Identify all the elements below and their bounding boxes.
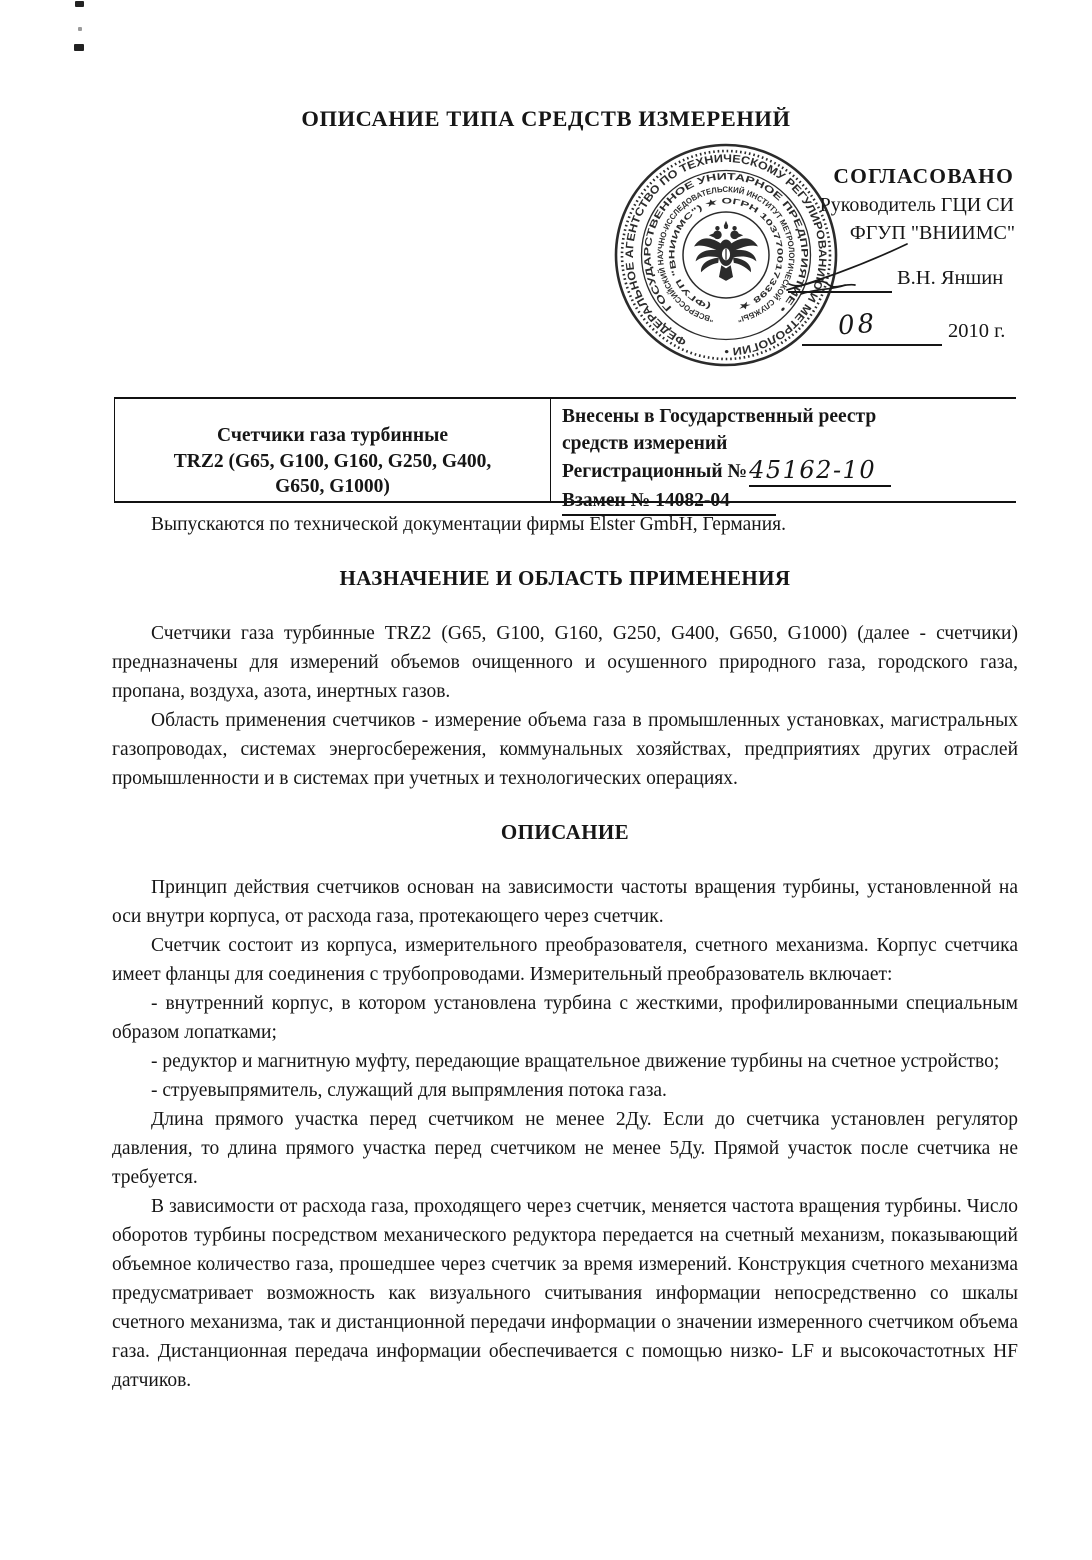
registry-line: Внесены в Государственный реестр (562, 403, 1016, 430)
body-paragraph: Длина прямого участка перед счетчиком не… (112, 1105, 1018, 1192)
device-name-cell: Счетчики газа турбинные TRZ2 (G65, G100,… (115, 399, 551, 501)
type-registry-table: Счетчики газа турбинные TRZ2 (G65, G100,… (114, 397, 1016, 503)
scan-speck (78, 27, 82, 31)
section-heading-description: ОПИСАНИЕ (112, 820, 1018, 845)
scan-speck (74, 44, 84, 51)
page-title: ОПИСАНИЕ ТИПА СРЕДСТВ ИЗМЕРЕНИЙ (0, 106, 1092, 132)
intro-paragraph: Выпускаются по технической документации … (112, 510, 1018, 539)
approval-role-line: Руководитель ГЦИ СИ (820, 194, 1014, 217)
document-body: Выпускаются по технической документации … (112, 510, 1018, 1395)
device-name-line: Счетчики газа турбинные (115, 423, 550, 449)
body-paragraph: - редуктор и магнитную муфту, передающие… (112, 1047, 1018, 1076)
replaced-number: 14082-04 (655, 490, 730, 511)
scan-speck (75, 1, 84, 7)
signature-stroke-icon (775, 238, 925, 298)
reg-number-underline: 45162-10 (749, 457, 891, 487)
section-heading-purpose: НАЗНАЧЕНИЕ И ОБЛАСТЬ ПРИМЕНЕНИЯ (112, 566, 1018, 591)
body-paragraph: - струевыпрямитель, служащий для выпрямл… (112, 1076, 1018, 1105)
registration-number-line: Регистрационный №45162-10 (562, 457, 1016, 487)
replaced-label: Взамен № (562, 490, 655, 511)
body-paragraph: В зависимости от расхода газа, проходяще… (112, 1192, 1018, 1395)
registry-line: средств измерений (562, 430, 1016, 457)
body-paragraph: - внутренний корпус, в котором установле… (112, 989, 1018, 1047)
approval-status: СОГЛАСОВАНО (833, 164, 1014, 189)
scanned-document-page: ОПИСАНИЕ ТИПА СРЕДСТВ ИЗМЕРЕНИЙ СОГЛАСОВ… (0, 0, 1092, 1560)
double-headed-eagle-icon (694, 221, 758, 281)
body-paragraph: Принцип действия счетчиков основан на за… (112, 873, 1018, 931)
registry-info-cell: Внесены в Государственный реестр средств… (551, 399, 1016, 501)
year-label: 2010 г. (948, 320, 1005, 343)
device-name-line: TRZ2 (G65, G100, G160, G250, G400, (115, 449, 550, 475)
body-paragraph: Счетчики газа турбинные TRZ2 (G65, G100,… (112, 619, 1018, 706)
device-name-line: G650, G1000) (115, 474, 550, 500)
body-paragraph: Счетчик состоит из корпуса, измерительно… (112, 931, 1018, 989)
handwritten-reg-number: 45162-10 (749, 456, 876, 484)
body-paragraph: Область применения счетчиков - измерение… (112, 706, 1018, 793)
handwritten-date: 08 (837, 309, 878, 342)
reg-number-label: Регистрационный № (562, 461, 747, 482)
